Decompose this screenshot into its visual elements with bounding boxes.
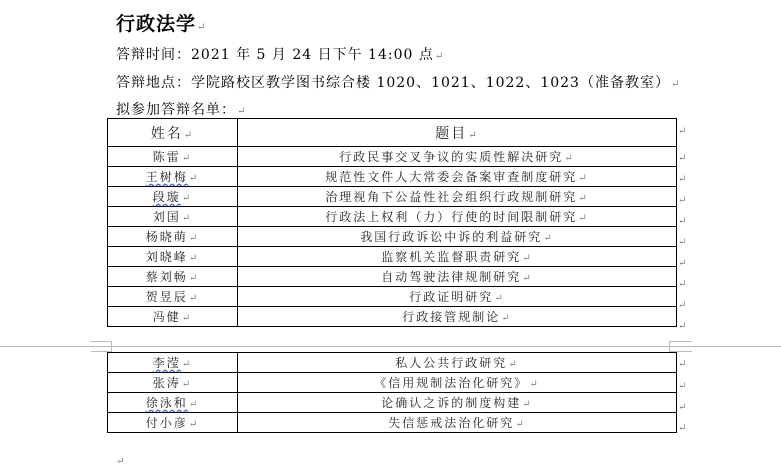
row-end-mark-icon: ↵ [678, 195, 686, 206]
row-end-mark-icon: ↵ [678, 237, 686, 248]
table-row: 刘晓峰↵ 监察机关监督职责研究↵ [108, 247, 677, 267]
table-row: 王树梅↵ 规范性文件人大常委会备案审查制度研究↵ [108, 167, 677, 187]
cell-name[interactable]: 段璇↵ [108, 187, 238, 207]
cell-topic[interactable]: 行政法上权利（力）行使的时间限制研究↵ [238, 207, 677, 227]
cell-topic[interactable]: 治理视角下公益性社会组织行政规制研究↵ [238, 187, 677, 207]
header-name[interactable]: 姓名↵ [108, 119, 238, 147]
candidate-table-part1: 姓名↵ 题目↵ 陈雷↵ 行政民事交叉争议的实质性解决研究↵ 王树梅↵ 规范性文件… [107, 118, 677, 327]
document-title: 行政法学↵ [116, 9, 206, 36]
paragraph-mark-icon: ↵ [671, 79, 680, 90]
cell-name[interactable]: 付小彦↵ [108, 413, 238, 433]
cell-name[interactable]: 贺昱辰↵ [108, 287, 238, 307]
row-end-mark-icon: ↵ [678, 321, 686, 332]
cell-name[interactable]: 蔡刘畅↵ [108, 267, 238, 287]
spellcheck-underline: 段璇 [153, 190, 181, 204]
table-row: 张涛↵ 《信用规制法治化研究》↵ [108, 373, 677, 393]
cell-topic[interactable]: 《信用规制法治化研究》↵ [238, 373, 677, 393]
cell-name[interactable]: 陈雷↵ [108, 147, 238, 167]
cell-name[interactable]: 王树梅↵ [108, 167, 238, 187]
row-end-mark-icon: ↵ [678, 153, 686, 164]
paragraph-mark-icon: ↵ [435, 51, 444, 62]
table-row: 贺昱辰↵ 行政证明研究↵ [108, 287, 677, 307]
cell-topic[interactable]: 论确认之诉的制度构建↵ [238, 393, 677, 413]
table-row: 刘国↵ 行政法上权利（力）行使的时间限制研究↵ [108, 207, 677, 227]
spellcheck-underline: 李滢 [153, 356, 181, 370]
cell-name[interactable]: 李滢↵ [108, 353, 238, 373]
cell-topic[interactable]: 私人公共行政研究↵ [238, 353, 677, 373]
cell-name[interactable]: 徐泳和↵ [108, 393, 238, 413]
candidate-list-label: 拟参加答辩名单：↵ [116, 99, 246, 119]
header-topic[interactable]: 题目↵ [238, 119, 677, 147]
paragraph-mark-icon: ↵ [197, 22, 206, 33]
table-row: 冯健↵ 行政接管规制论↵ [108, 307, 677, 327]
candidate-table-part2: 李滢↵ 私人公共行政研究↵ 张涛↵ 《信用规制法治化研究》↵ 徐泳和↵ 论确认之… [107, 352, 677, 433]
row-end-mark-icon: ↵ [678, 279, 686, 290]
cell-name[interactable]: 杨晓萌↵ [108, 227, 238, 247]
spellcheck-underline: 王树梅 [146, 170, 188, 184]
row-end-mark-icon: ↵ [678, 126, 686, 137]
cell-name[interactable]: 张涛↵ [108, 373, 238, 393]
table-row: 杨晓萌↵ 我国行政诉讼中诉的利益研究↵ [108, 227, 677, 247]
row-end-mark-icon: ↵ [678, 300, 686, 311]
table-row: 段璇↵ 治理视角下公益性社会组织行政规制研究↵ [108, 187, 677, 207]
table-row: 蔡刘畅↵ 自动驾驶法律规制研究↵ [108, 267, 677, 287]
cell-topic[interactable]: 行政证明研究↵ [238, 287, 677, 307]
cell-topic[interactable]: 监察机关监督职责研究↵ [238, 247, 677, 267]
paragraph-mark-icon: ↵ [116, 456, 124, 467]
table-row: 李滢↵ 私人公共行政研究↵ [108, 353, 677, 373]
row-end-mark-icon: ↵ [678, 423, 686, 434]
row-end-mark-icon: ↵ [678, 258, 686, 269]
row-end-mark-icon: ↵ [678, 402, 686, 413]
table-row: 付小彦↵ 失信惩戒法治化研究↵ [108, 413, 677, 433]
table-row: 徐泳和↵ 论确认之诉的制度构建↵ [108, 393, 677, 413]
page-break-line [0, 346, 781, 347]
row-end-mark-icon: ↵ [678, 174, 686, 185]
row-end-mark-icon: ↵ [678, 381, 686, 392]
table-header-row: 姓名↵ 题目↵ [108, 119, 677, 147]
defense-place: 答辩地点：学院路校区教学图书综合楼 1020、1021、1022、1023（准备… [116, 72, 680, 92]
cell-name[interactable]: 刘国↵ [108, 207, 238, 227]
cell-topic[interactable]: 自动驾驶法律规制研究↵ [238, 267, 677, 287]
cell-topic[interactable]: 规范性文件人大常委会备案审查制度研究↵ [238, 167, 677, 187]
cell-name[interactable]: 刘晓峰↵ [108, 247, 238, 267]
cell-topic[interactable]: 失信惩戒法治化研究↵ [238, 413, 677, 433]
row-end-mark-icon: ↵ [678, 359, 686, 370]
spellcheck-underline: 徐泳和 [146, 396, 188, 410]
defense-time: 答辩时间：2021 年 5 月 24 日下午 14:00 点↵ [116, 44, 444, 64]
table-row: 陈雷↵ 行政民事交叉争议的实质性解决研究↵ [108, 147, 677, 167]
paragraph-mark-icon: ↵ [237, 106, 246, 117]
cell-topic[interactable]: 行政民事交叉争议的实质性解决研究↵ [238, 147, 677, 167]
page-corner-marker-right [669, 341, 692, 352]
page-corner-marker-left [91, 341, 112, 352]
cell-topic[interactable]: 行政接管规制论↵ [238, 307, 677, 327]
cell-topic[interactable]: 我国行政诉讼中诉的利益研究↵ [238, 227, 677, 247]
row-end-mark-icon: ↵ [678, 216, 686, 227]
cell-name[interactable]: 冯健↵ [108, 307, 238, 327]
